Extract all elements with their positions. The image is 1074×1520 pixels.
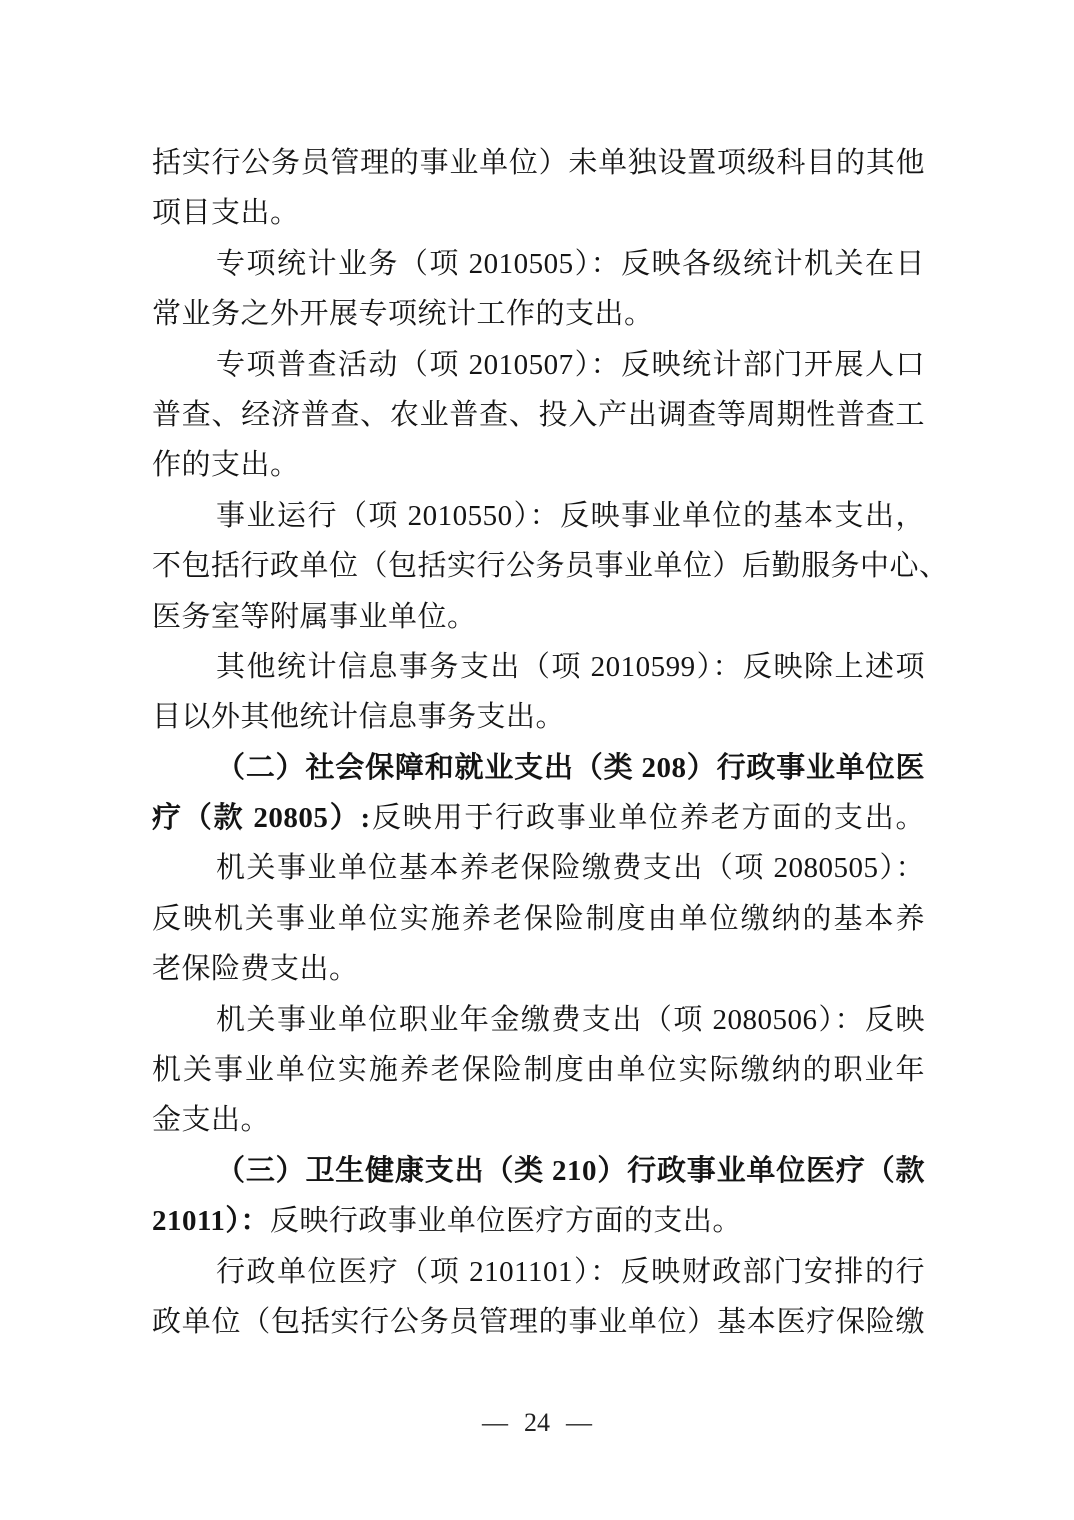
text-line: 目以外其他统计信息事务支出。	[152, 692, 925, 742]
text-line: 老保险费支出。	[152, 944, 925, 994]
text-line: 普查、经济普查、农业普查、投入产出调查等周期性普查工	[152, 390, 925, 440]
text-segment: 专项统计业务（项 2010505）：反映各级统计机关在日	[216, 248, 925, 280]
text-segment: 反映行政事业单位医疗方面的支出。	[270, 1205, 742, 1237]
bold-text-segment: 疗（款 20805）:	[152, 802, 371, 834]
text-line: 常业务之外开展专项统计工作的支出。	[152, 289, 925, 339]
text-line: 金支出。	[152, 1095, 925, 1145]
footer-left-dash: —	[482, 1408, 508, 1437]
text-segment: 机关事业单位实施养老保险制度由单位实际缴纳的职业年	[152, 1054, 925, 1086]
text-line: 21011）：反映行政事业单位医疗方面的支出。	[152, 1196, 925, 1246]
text-line: 括实行公务员管理的事业单位）未单独设置项级科目的其他	[152, 138, 925, 188]
text-line: （三）卫生健康支出（类 210）行政事业单位医疗（款	[152, 1146, 925, 1196]
page-footer: —24—	[0, 1406, 1074, 1440]
text-line: 政单位（包括实行公务员管理的事业单位）基本医疗保险缴	[152, 1297, 925, 1347]
text-segment: 目以外其他统计信息事务支出。	[152, 701, 565, 733]
bold-text-segment: 21011）：	[152, 1205, 270, 1237]
text-segment: 专项普查活动（项 2010507）：反映统计部门开展人口	[216, 349, 925, 381]
text-line: 行政单位医疗（项 2101101）：反映财政部门安排的行	[152, 1247, 925, 1297]
text-line: 机关事业单位基本养老保险缴费支出（项 2080505）：	[152, 843, 925, 893]
text-line: 专项普查活动（项 2010507）：反映统计部门开展人口	[152, 340, 925, 390]
text-line: 不包括行政单位（包括实行公务员事业单位）后勤服务中心、	[152, 541, 925, 591]
document-page: 括实行公务员管理的事业单位）未单独设置项级科目的其他项目支出。专项统计业务（项 …	[0, 0, 1074, 1520]
text-segment: 反映机关事业单位实施养老保险制度由单位缴纳的基本养	[152, 903, 925, 935]
text-line: 机关事业单位职业年金缴费支出（项 2080506）：反映	[152, 995, 925, 1045]
text-line: （二）社会保障和就业支出（类 208）行政事业单位医	[152, 743, 925, 793]
text-segment: 政单位（包括实行公务员管理的事业单位）基本医疗保险缴	[152, 1306, 925, 1338]
text-segment: 普查、经济普查、农业普查、投入产出调查等周期性普查工	[152, 399, 925, 431]
text-segment: 机关事业单位职业年金缴费支出（项 2080506）：反映	[216, 1004, 925, 1036]
text-line: 项目支出。	[152, 188, 925, 238]
text-segment: 行政单位医疗（项 2101101）：反映财政部门安排的行	[216, 1256, 925, 1288]
bold-text-segment: （二）社会保障和就业支出（类 208）行政事业单位医	[216, 752, 925, 784]
text-line: 医务室等附属事业单位。	[152, 592, 925, 642]
text-segment: 医务室等附属事业单位。	[152, 601, 477, 633]
text-segment: 常业务之外开展专项统计工作的支出。	[152, 298, 654, 330]
text-segment: 作的支出。	[152, 449, 300, 481]
text-segment: 项目支出。	[152, 197, 300, 229]
text-line: 疗（款 20805）:反映用于行政事业单位养老方面的支出。	[152, 793, 925, 843]
text-segment: 括实行公务员管理的事业单位）未单独设置项级科目的其他	[152, 147, 925, 179]
text-line: 反映机关事业单位实施养老保险制度由单位缴纳的基本养	[152, 894, 925, 944]
text-segment: 机关事业单位基本养老保险缴费支出（项 2080505）：	[216, 852, 925, 884]
text-segment: 不包括行政单位（包括实行公务员事业单位）后勤服务中心、	[152, 550, 949, 582]
text-line: 专项统计业务（项 2010505）：反映各级统计机关在日	[152, 239, 925, 289]
text-line: 其他统计信息事务支出（项 2010599）：反映除上述项	[152, 642, 925, 692]
bold-text-segment: （三）卫生健康支出（类 210）行政事业单位医疗（款	[216, 1155, 925, 1187]
text-line: 作的支出。	[152, 440, 925, 490]
text-segment: 老保险费支出。	[152, 953, 359, 985]
text-line: 机关事业单位实施养老保险制度由单位实际缴纳的职业年	[152, 1045, 925, 1095]
text-segment: 反映用于行政事业单位养老方面的支出。	[371, 802, 925, 834]
footer-right-dash: —	[566, 1408, 592, 1437]
document-body: 括实行公务员管理的事业单位）未单独设置项级科目的其他项目支出。专项统计业务（项 …	[152, 138, 925, 1347]
text-segment: 事业运行（项 2010550）：反映事业单位的基本支出，	[216, 500, 925, 532]
text-segment: 金支出。	[152, 1104, 270, 1136]
text-segment: 其他统计信息事务支出（项 2010599）：反映除上述项	[216, 651, 925, 683]
text-line: 事业运行（项 2010550）：反映事业单位的基本支出，	[152, 491, 925, 541]
page-number: 24	[524, 1408, 550, 1437]
